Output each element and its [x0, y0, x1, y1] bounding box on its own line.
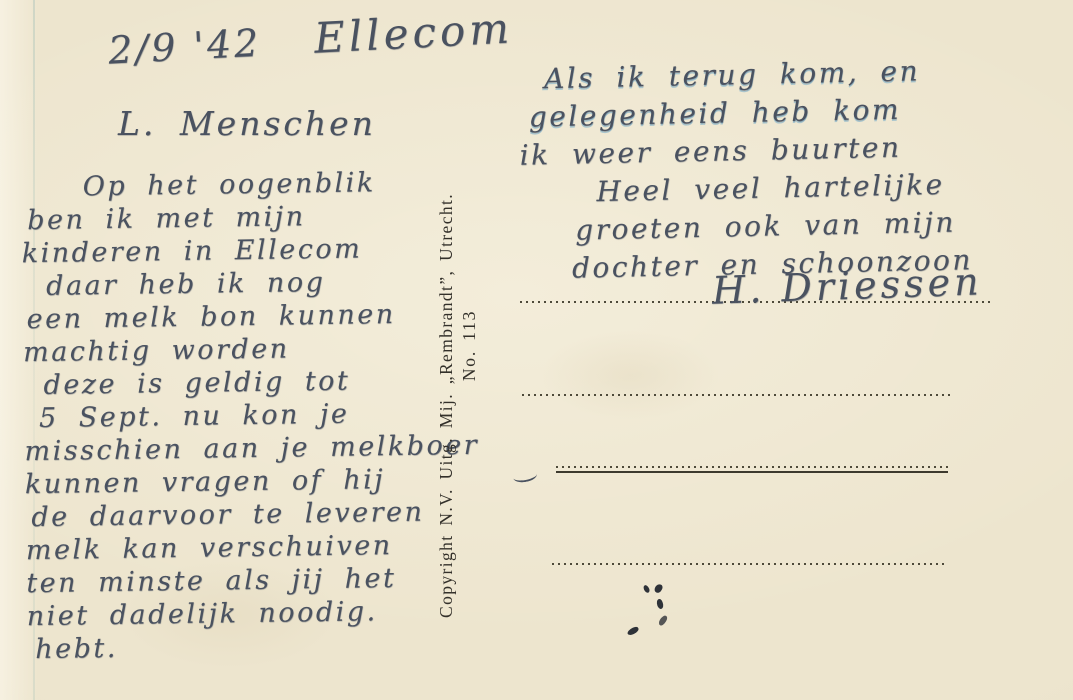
message-right-column: Als ik terug kom, en gelegenheid heb kom… [518, 51, 974, 288]
ink-speck [653, 583, 663, 594]
publisher-imprint: Copyright N.V. Uitg. Mij. „Rembrandt”, U… [436, 73, 480, 618]
stray-pen-mark [512, 468, 538, 484]
address-solid-rule [556, 471, 948, 473]
place-text: Ellecom [313, 3, 514, 62]
message-line: de daarvoor te leveren [25, 495, 480, 534]
greeting-text: L. Menschen [118, 104, 376, 143]
postcard-scan: 2/9 '42 Ellecom L. Menschen Op het oogen… [0, 0, 1073, 700]
address-dotted-line-3 [556, 466, 948, 468]
ink-speck [642, 584, 651, 593]
message-left-column: Op het oogenblik ben ik met mijn kindere… [21, 165, 483, 666]
publisher-copyright-text: Copyright N.V. Uitg. Mij. „Rembrandt”, U… [436, 73, 457, 618]
message-line: hebt. [27, 627, 482, 666]
address-dotted-line-2 [522, 394, 950, 396]
signature: H. Driessen [711, 259, 983, 312]
ink-speck [626, 626, 639, 637]
address-dotted-line-4 [552, 563, 948, 565]
ink-speck [658, 614, 669, 627]
paper-stain [540, 330, 720, 420]
date-text: 2/9 '42 [107, 21, 262, 73]
message-line: misschien aan je melkboer [24, 429, 479, 468]
ink-speck [655, 598, 664, 609]
publisher-number-text: No. 113 [459, 73, 480, 618]
date-line: 2/9 '42 Ellecom [107, 3, 514, 73]
